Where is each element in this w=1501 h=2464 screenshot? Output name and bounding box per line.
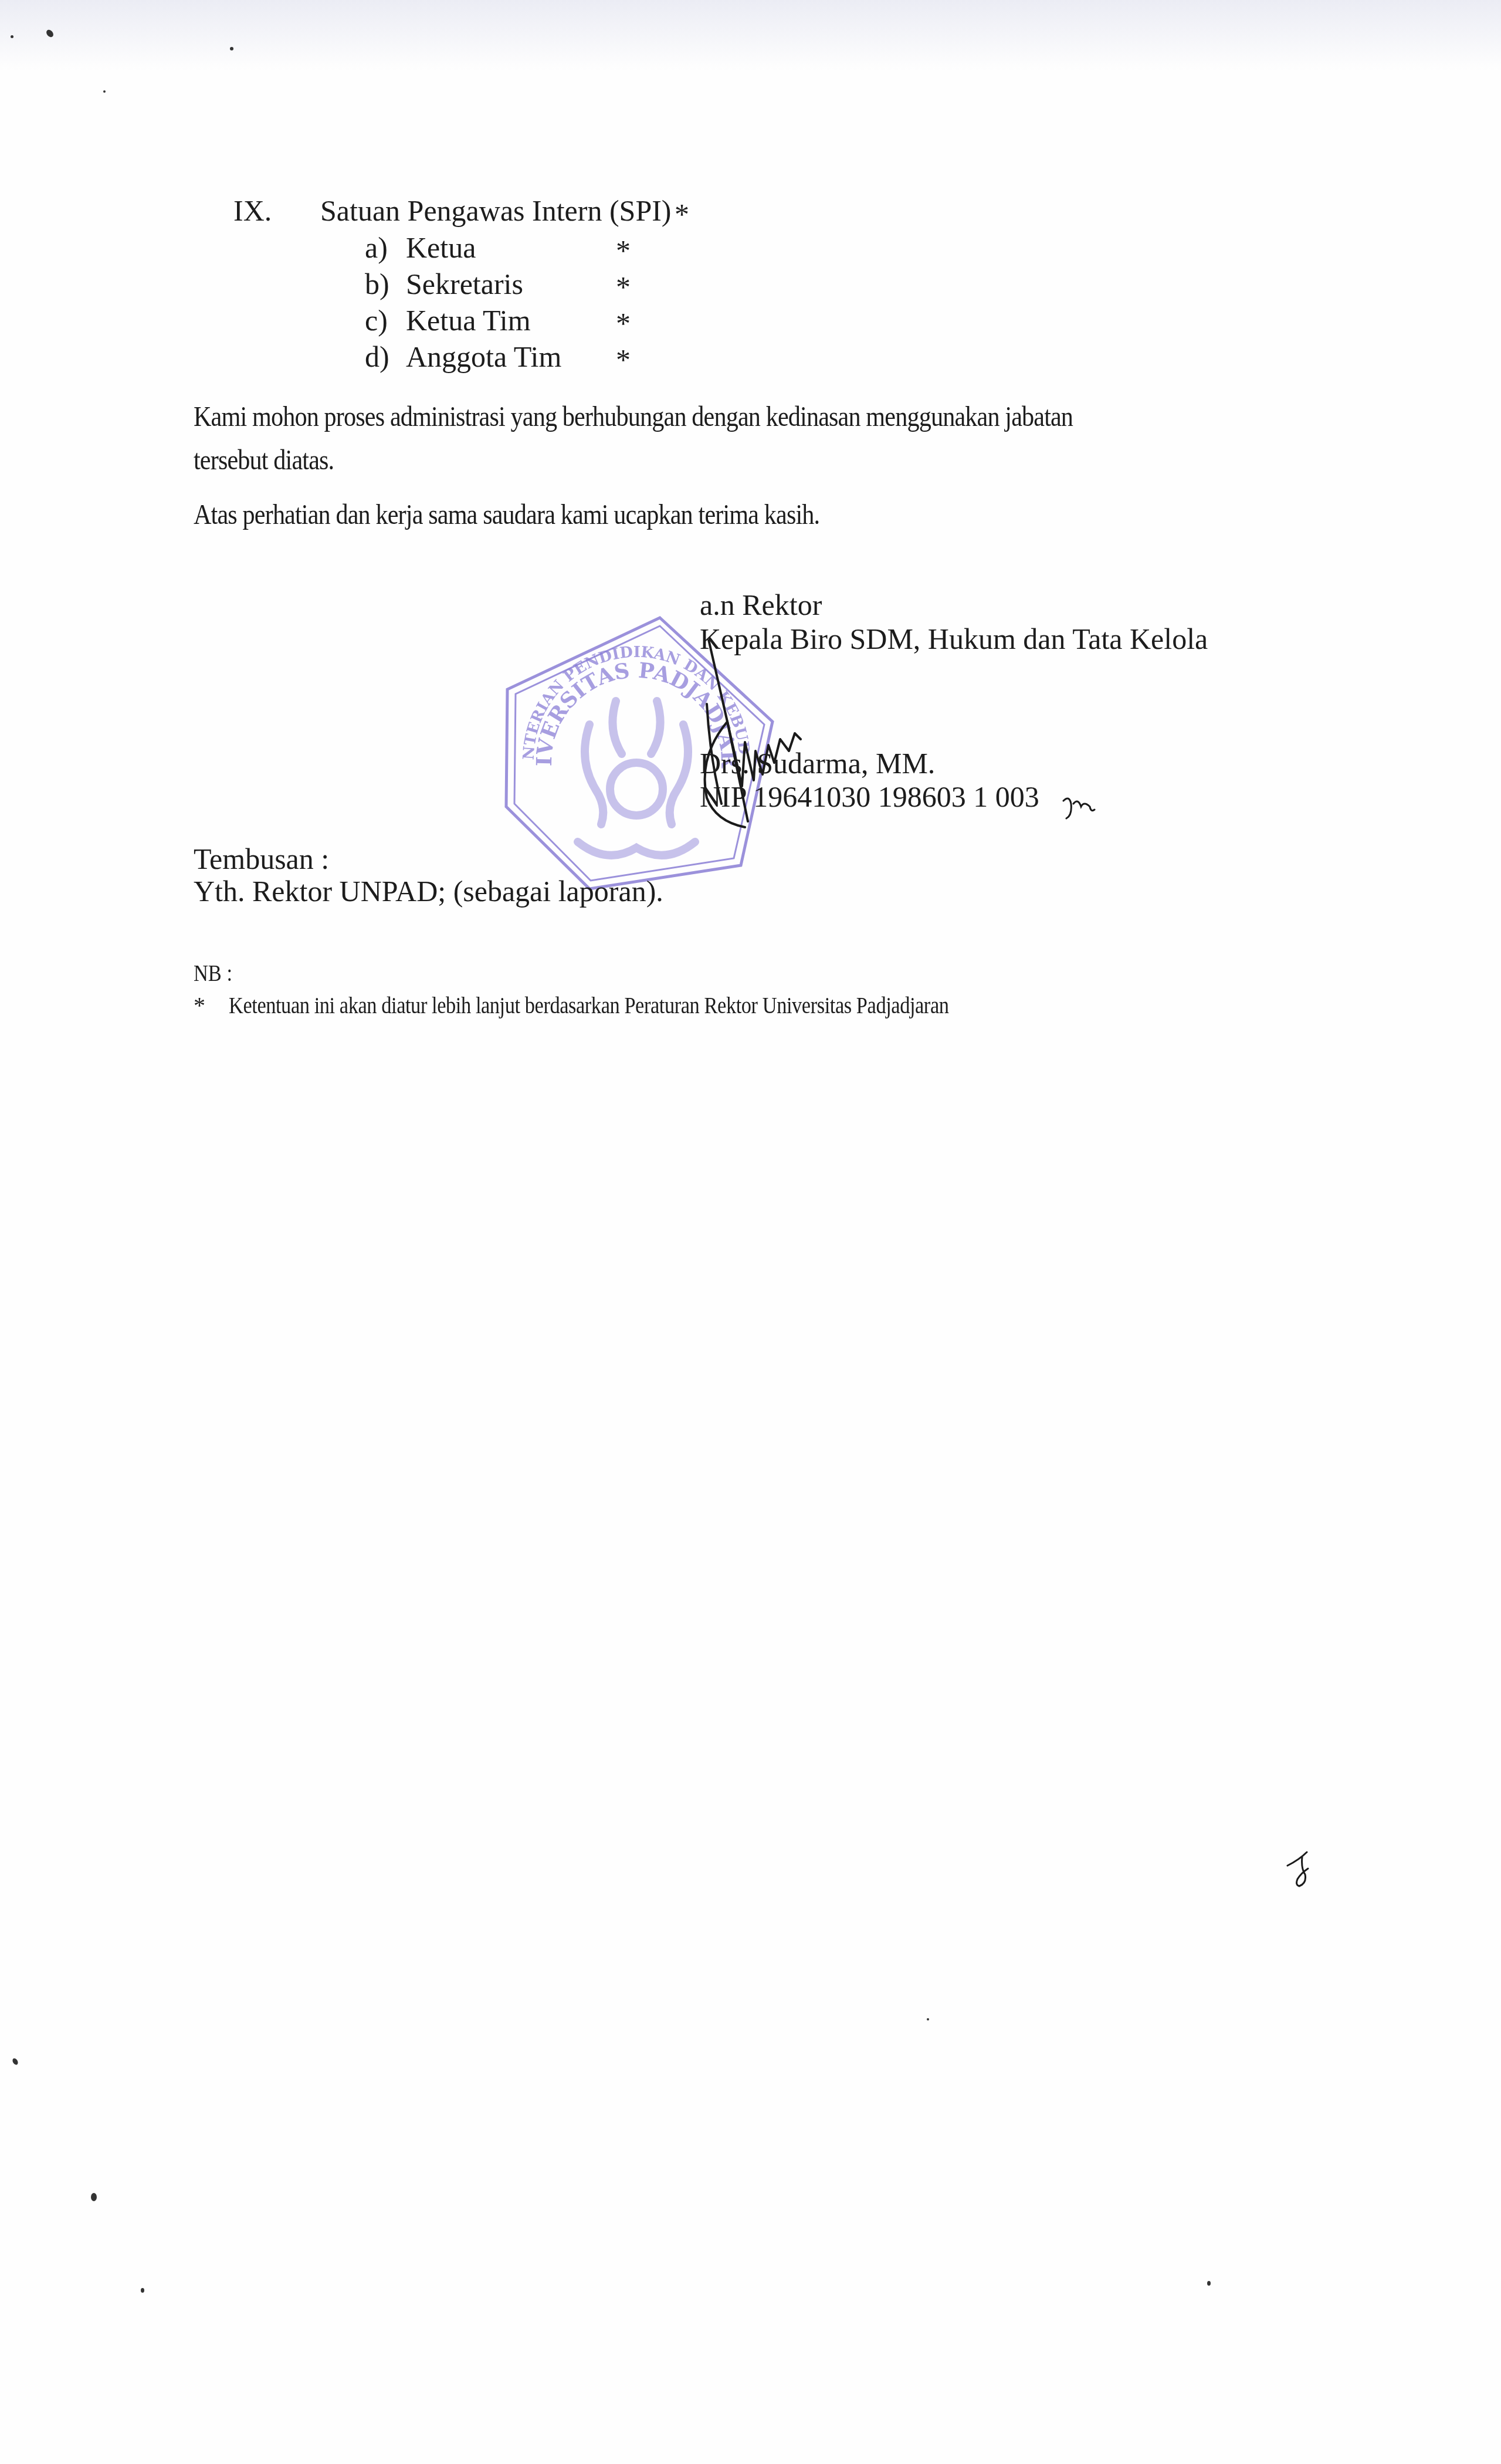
scan-speck [927,2018,929,2020]
sub-item-marker: * [616,305,631,341]
sub-item-label: b) [365,266,389,302]
handwritten-page-mark-icon [1285,1851,1320,1892]
sub-item-label: c) [365,302,388,339]
section-marker: * [675,196,689,232]
scan-speck [1207,2281,1211,2286]
body-paragraph-2: Atas perhatian dan kerja sama saudara ka… [194,499,819,531]
sub-item-text: Sekretaris [406,266,523,302]
scan-speck [230,47,233,50]
scan-edge-shading [0,0,1501,70]
signature-on-behalf-of: a.n Rektor [700,587,822,623]
sub-item-text: Ketua [406,229,476,266]
sub-item-label: d) [365,339,389,375]
section-number: IX. [233,192,272,229]
scanned-document-page: IX. Satuan Pengawas Intern (SPI) * a) Ke… [0,0,1501,2464]
body-paragraph-1-continuation: tersebut diatas. [194,444,334,476]
carbon-copy-recipient: Yth. Rektor UNPAD; (sebagai laporan). [194,873,663,909]
sub-item-marker: * [616,341,631,378]
sub-item-marker: * [616,232,631,269]
sub-item-text: Ketua Tim [406,302,531,339]
signatory-position: Kepala Biro SDM, Hukum dan Tata Kelola [700,621,1208,657]
section-title: Satuan Pengawas Intern (SPI) [320,192,672,229]
scan-speck [91,2193,97,2201]
body-paragraph-1: Kami mohon proses administrasi yang berh… [194,401,1073,433]
signatory-name: Drs. Sudarma, MM. [700,745,935,781]
note-text: Ketentuan ini akan diatur lebih lanjut b… [229,991,949,1019]
signatory-nip: NIP 19641030 198603 1 003 [700,779,1039,815]
sub-item-text: Anggota Tim [406,339,561,375]
sub-item-marker: * [616,269,631,305]
note-marker: * [194,991,205,1019]
scan-speck [103,90,106,93]
note-label: NB : [194,959,232,987]
handwritten-initials-icon [1060,792,1096,821]
scan-speck [141,2288,144,2293]
sub-item-label: a) [365,229,388,266]
carbon-copy-label: Tembusan : [194,841,329,877]
scan-speck [11,35,13,38]
scan-speck [12,2057,19,2066]
